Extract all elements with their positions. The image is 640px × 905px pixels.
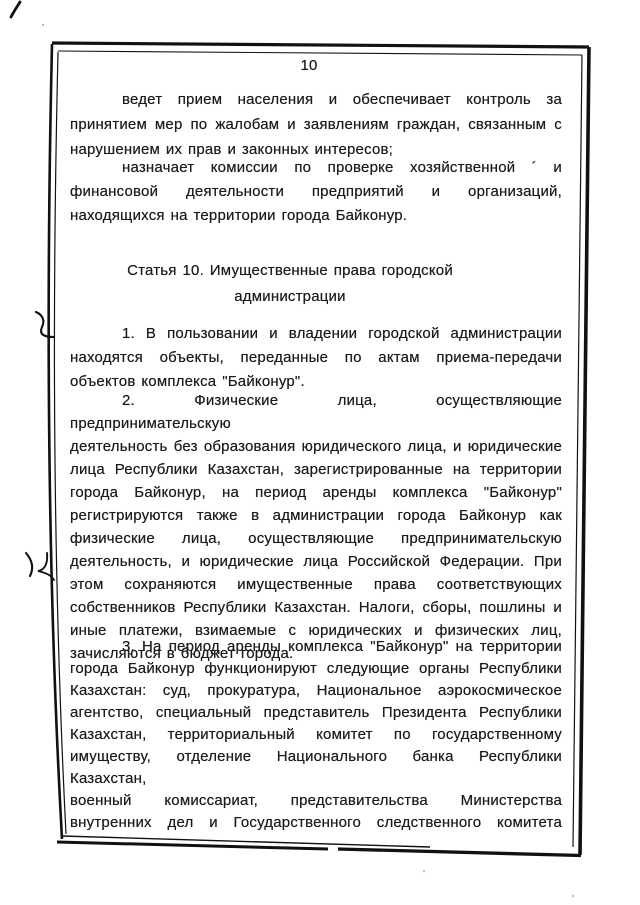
text-line: этом сохраняются имущественные права соо… bbox=[70, 573, 562, 596]
binding-mark-lower-hook bbox=[38, 553, 54, 580]
text-line: военный комиссариат, представительства М… bbox=[70, 790, 562, 812]
article-heading-line-1: Статья 10. Имущественные права городской bbox=[44, 258, 536, 284]
speck-artifact bbox=[42, 24, 44, 26]
text-line: ведет прием населения и обеспечивает кон… bbox=[70, 87, 562, 112]
text-line: находятся объекты, переданные по актам п… bbox=[70, 346, 562, 370]
text-line: города Байконур функционируют следующие … bbox=[70, 658, 562, 680]
text-line: лица Республики Казахстан, зарегистриров… bbox=[70, 458, 562, 481]
paragraph-clause-2: 2. Физические лица, осуществляющие предп… bbox=[70, 389, 562, 665]
border-left-outer bbox=[49, 44, 62, 839]
border-right-outer bbox=[580, 47, 589, 855]
paragraph-clause-3: 3. На период аренды комплекса "Байконур"… bbox=[70, 636, 562, 834]
binding-mark-lower-arc bbox=[26, 553, 32, 576]
text-line: находящихся на территории города Байкону… bbox=[70, 204, 562, 228]
corner-slash-artifact bbox=[11, 2, 20, 17]
article-heading: Статья 10. Имущественные права городской… bbox=[44, 258, 536, 310]
text-line: собственников Республики Казахстан. Нало… bbox=[70, 596, 562, 619]
text-line: финансовой деятельности предприятий и ор… bbox=[70, 180, 562, 204]
text-line: принятием мер по жалобам и заявлениям гр… bbox=[70, 112, 562, 137]
speck-artifact bbox=[423, 870, 425, 872]
text-line: деятельность, и юридические лица Российс… bbox=[70, 550, 562, 573]
page-number: 10 bbox=[70, 57, 548, 74]
scanned-document-page: 10 ведет прием населения и обеспечивает … bbox=[0, 0, 640, 905]
paragraph-commissions: назначает комиссии по проверке хозяйстве… bbox=[70, 156, 562, 228]
text-line: 2. Физические лица, осуществляющие предп… bbox=[70, 389, 562, 435]
border-bottom-inner bbox=[62, 836, 430, 847]
text-line: 3. На период аренды комплекса "Байконур"… bbox=[70, 636, 562, 658]
paragraph-clause-1: 1. В пользовании и владении городской ад… bbox=[70, 322, 562, 394]
text-line: Казахстан: суд, прокуратура, Национально… bbox=[70, 680, 562, 702]
text-line: физические лица, осуществляющие предприн… bbox=[70, 527, 562, 550]
border-top-outer bbox=[52, 43, 589, 47]
text-line: города Байконур, на период аренды компле… bbox=[70, 481, 562, 504]
text-line: агентство, специальный представитель Пре… bbox=[70, 702, 562, 724]
paragraph-reception: ведет прием населения и обеспечивает кон… bbox=[70, 87, 562, 162]
speck-artifact bbox=[572, 895, 574, 897]
text-line: регистрируются также в администрации гор… bbox=[70, 504, 562, 527]
text-line: 1. В пользовании и владении городской ад… bbox=[70, 322, 562, 346]
text-line: внутренних дел и Государственного следст… bbox=[70, 812, 562, 834]
binding-mark-upper bbox=[36, 312, 54, 337]
article-heading-line-2: администрации bbox=[44, 284, 536, 310]
border-left-inner bbox=[54, 52, 66, 834]
text-line: деятельность без образования юридическог… bbox=[70, 435, 562, 458]
border-top-inner bbox=[58, 51, 582, 55]
text-line: Казахстан, территориальный комитет по го… bbox=[70, 724, 562, 746]
border-right-inner bbox=[573, 55, 582, 847]
border-bottom-outer-right bbox=[338, 849, 581, 856]
border-bottom-outer bbox=[57, 842, 328, 849]
text-line: имуществу, отделение Национального банка… bbox=[70, 746, 562, 790]
text-line: назначает комиссии по проверке хозяйстве… bbox=[70, 156, 562, 180]
